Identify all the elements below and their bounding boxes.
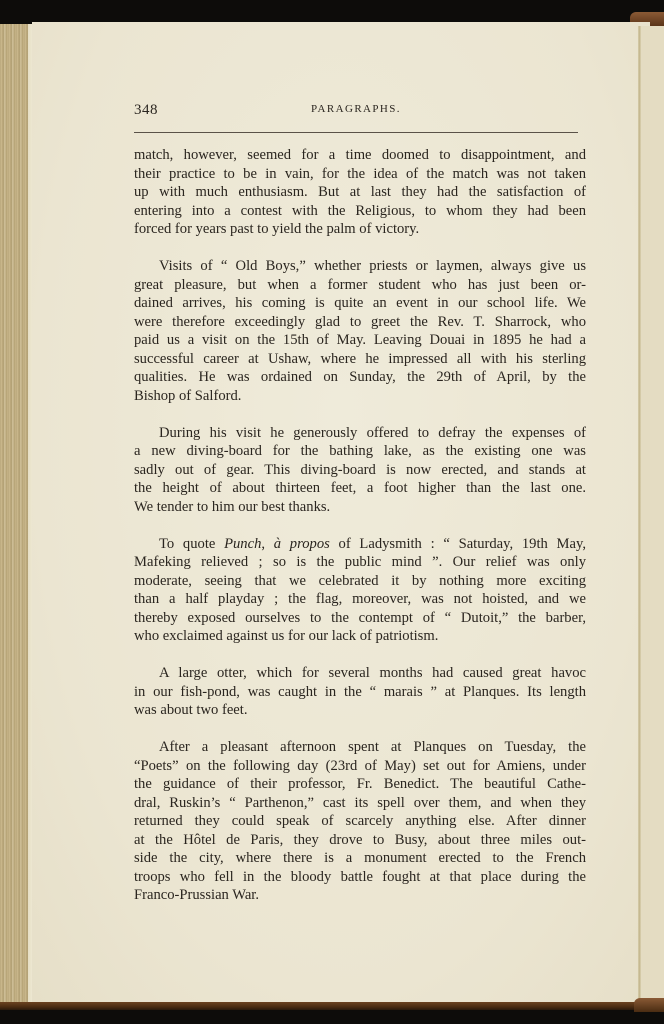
- text-run: To quote: [159, 536, 224, 552]
- text-run: of Ladysmith : “ Saturday, 19th May,: [330, 536, 586, 552]
- text-line: was about two feet.: [134, 701, 586, 720]
- running-head: 348 PARAGRAPHS.: [132, 100, 580, 120]
- paragraph-punch-quote: To quote Punch, à propos of Ladysmith : …: [134, 535, 586, 646]
- text-line: Bishop of Salford.: [134, 387, 586, 406]
- text-line: than a half playday ; the flag, moreover…: [134, 590, 586, 609]
- italic-a-propos: à propos: [274, 536, 330, 552]
- text-line: Mafeking relieved ; so is the public min…: [134, 553, 586, 572]
- text-line: great pleasure, but when a former studen…: [134, 276, 586, 295]
- text-line: After a pleasant afternoon spent at Plan…: [134, 738, 586, 757]
- text-line: entering into a contest with the Religio…: [134, 202, 586, 221]
- scanned-book-page: 348 PARAGRAPHS. match, however, seemed f…: [0, 0, 664, 1024]
- text-line: successful career at Ushaw, where he imp…: [134, 350, 586, 369]
- text-line: sadly out of gear. This diving-board is …: [134, 461, 586, 480]
- text-line: Franco-Prussian War.: [134, 886, 586, 905]
- text-line: dral, Ruskin’s “ Parthenon,” cast its sp…: [134, 794, 586, 813]
- paragraph-otter: A large otter, which for several months …: [134, 664, 586, 720]
- text-line: During his visit he generously offered t…: [134, 424, 586, 443]
- text-line: at the Hôtel de Paris, they drove to Bus…: [134, 831, 586, 850]
- text-line: match, however, seemed for a time doomed…: [134, 146, 586, 165]
- book-cover-corner-bottom: [634, 998, 664, 1012]
- text-line: returned they could speak of scarcely an…: [134, 812, 586, 831]
- text-line: moderate, seeing that we celebrated it b…: [134, 572, 586, 591]
- text-line: their practice to be in vain, for the id…: [134, 165, 586, 184]
- text-line: troops who fell in the bloody battle fou…: [134, 868, 586, 887]
- page-block-edges: [0, 24, 32, 1002]
- text-line: “Poets” on the following day (23rd of Ma…: [134, 757, 586, 776]
- text-line: in our fish-pond, was caught in the “ ma…: [134, 683, 586, 702]
- text-line: We tender to him our best thanks.: [134, 498, 586, 517]
- text-line: To quote Punch, à propos of Ladysmith : …: [134, 535, 586, 554]
- paragraph-old-boys: Visits of “ Old Boys,” whether priests o…: [134, 257, 586, 405]
- book-cover-bottom: [0, 1002, 664, 1010]
- italic-title-punch: Punch: [224, 536, 261, 552]
- text-run: ,: [261, 536, 273, 552]
- text-line: who exclaimed against us for our lack of…: [134, 627, 586, 646]
- text-line: were therefore exceedingly glad to greet…: [134, 313, 586, 332]
- text-line: dained arrives, his coming is quite an e…: [134, 294, 586, 313]
- running-head-title: PARAGRAPHS.: [132, 103, 580, 115]
- paragraph-match: match, however, seemed for a time doomed…: [134, 146, 586, 239]
- text-line: the height of about thirteen feet, a foo…: [134, 479, 586, 498]
- header-rule: [134, 132, 578, 133]
- facing-page-edge: [641, 26, 664, 1002]
- text-line: the guidance of their professor, Fr. Ben…: [134, 775, 586, 794]
- text-line: thereby exposed ourselves to the contemp…: [134, 609, 586, 628]
- text-line: A large otter, which for several months …: [134, 664, 586, 683]
- text-line: side the city, where there is a monument…: [134, 849, 586, 868]
- text-line: paid us a visit on the 15th of May. Leav…: [134, 331, 586, 350]
- text-line: qualities. He was ordained on Sunday, th…: [134, 368, 586, 387]
- text-line: a new diving-board for the bathing lake,…: [134, 442, 586, 461]
- paragraph-diving-board: During his visit he generously offered t…: [134, 424, 586, 517]
- body-text: match, however, seemed for a time doomed…: [134, 146, 586, 923]
- text-line: Visits of “ Old Boys,” whether priests o…: [134, 257, 586, 276]
- text-line: forced for years past to yield the palm …: [134, 220, 586, 239]
- text-line: up with much enthusiasm. But at last the…: [134, 183, 586, 202]
- paragraph-poets-amiens: After a pleasant afternoon spent at Plan…: [134, 738, 586, 905]
